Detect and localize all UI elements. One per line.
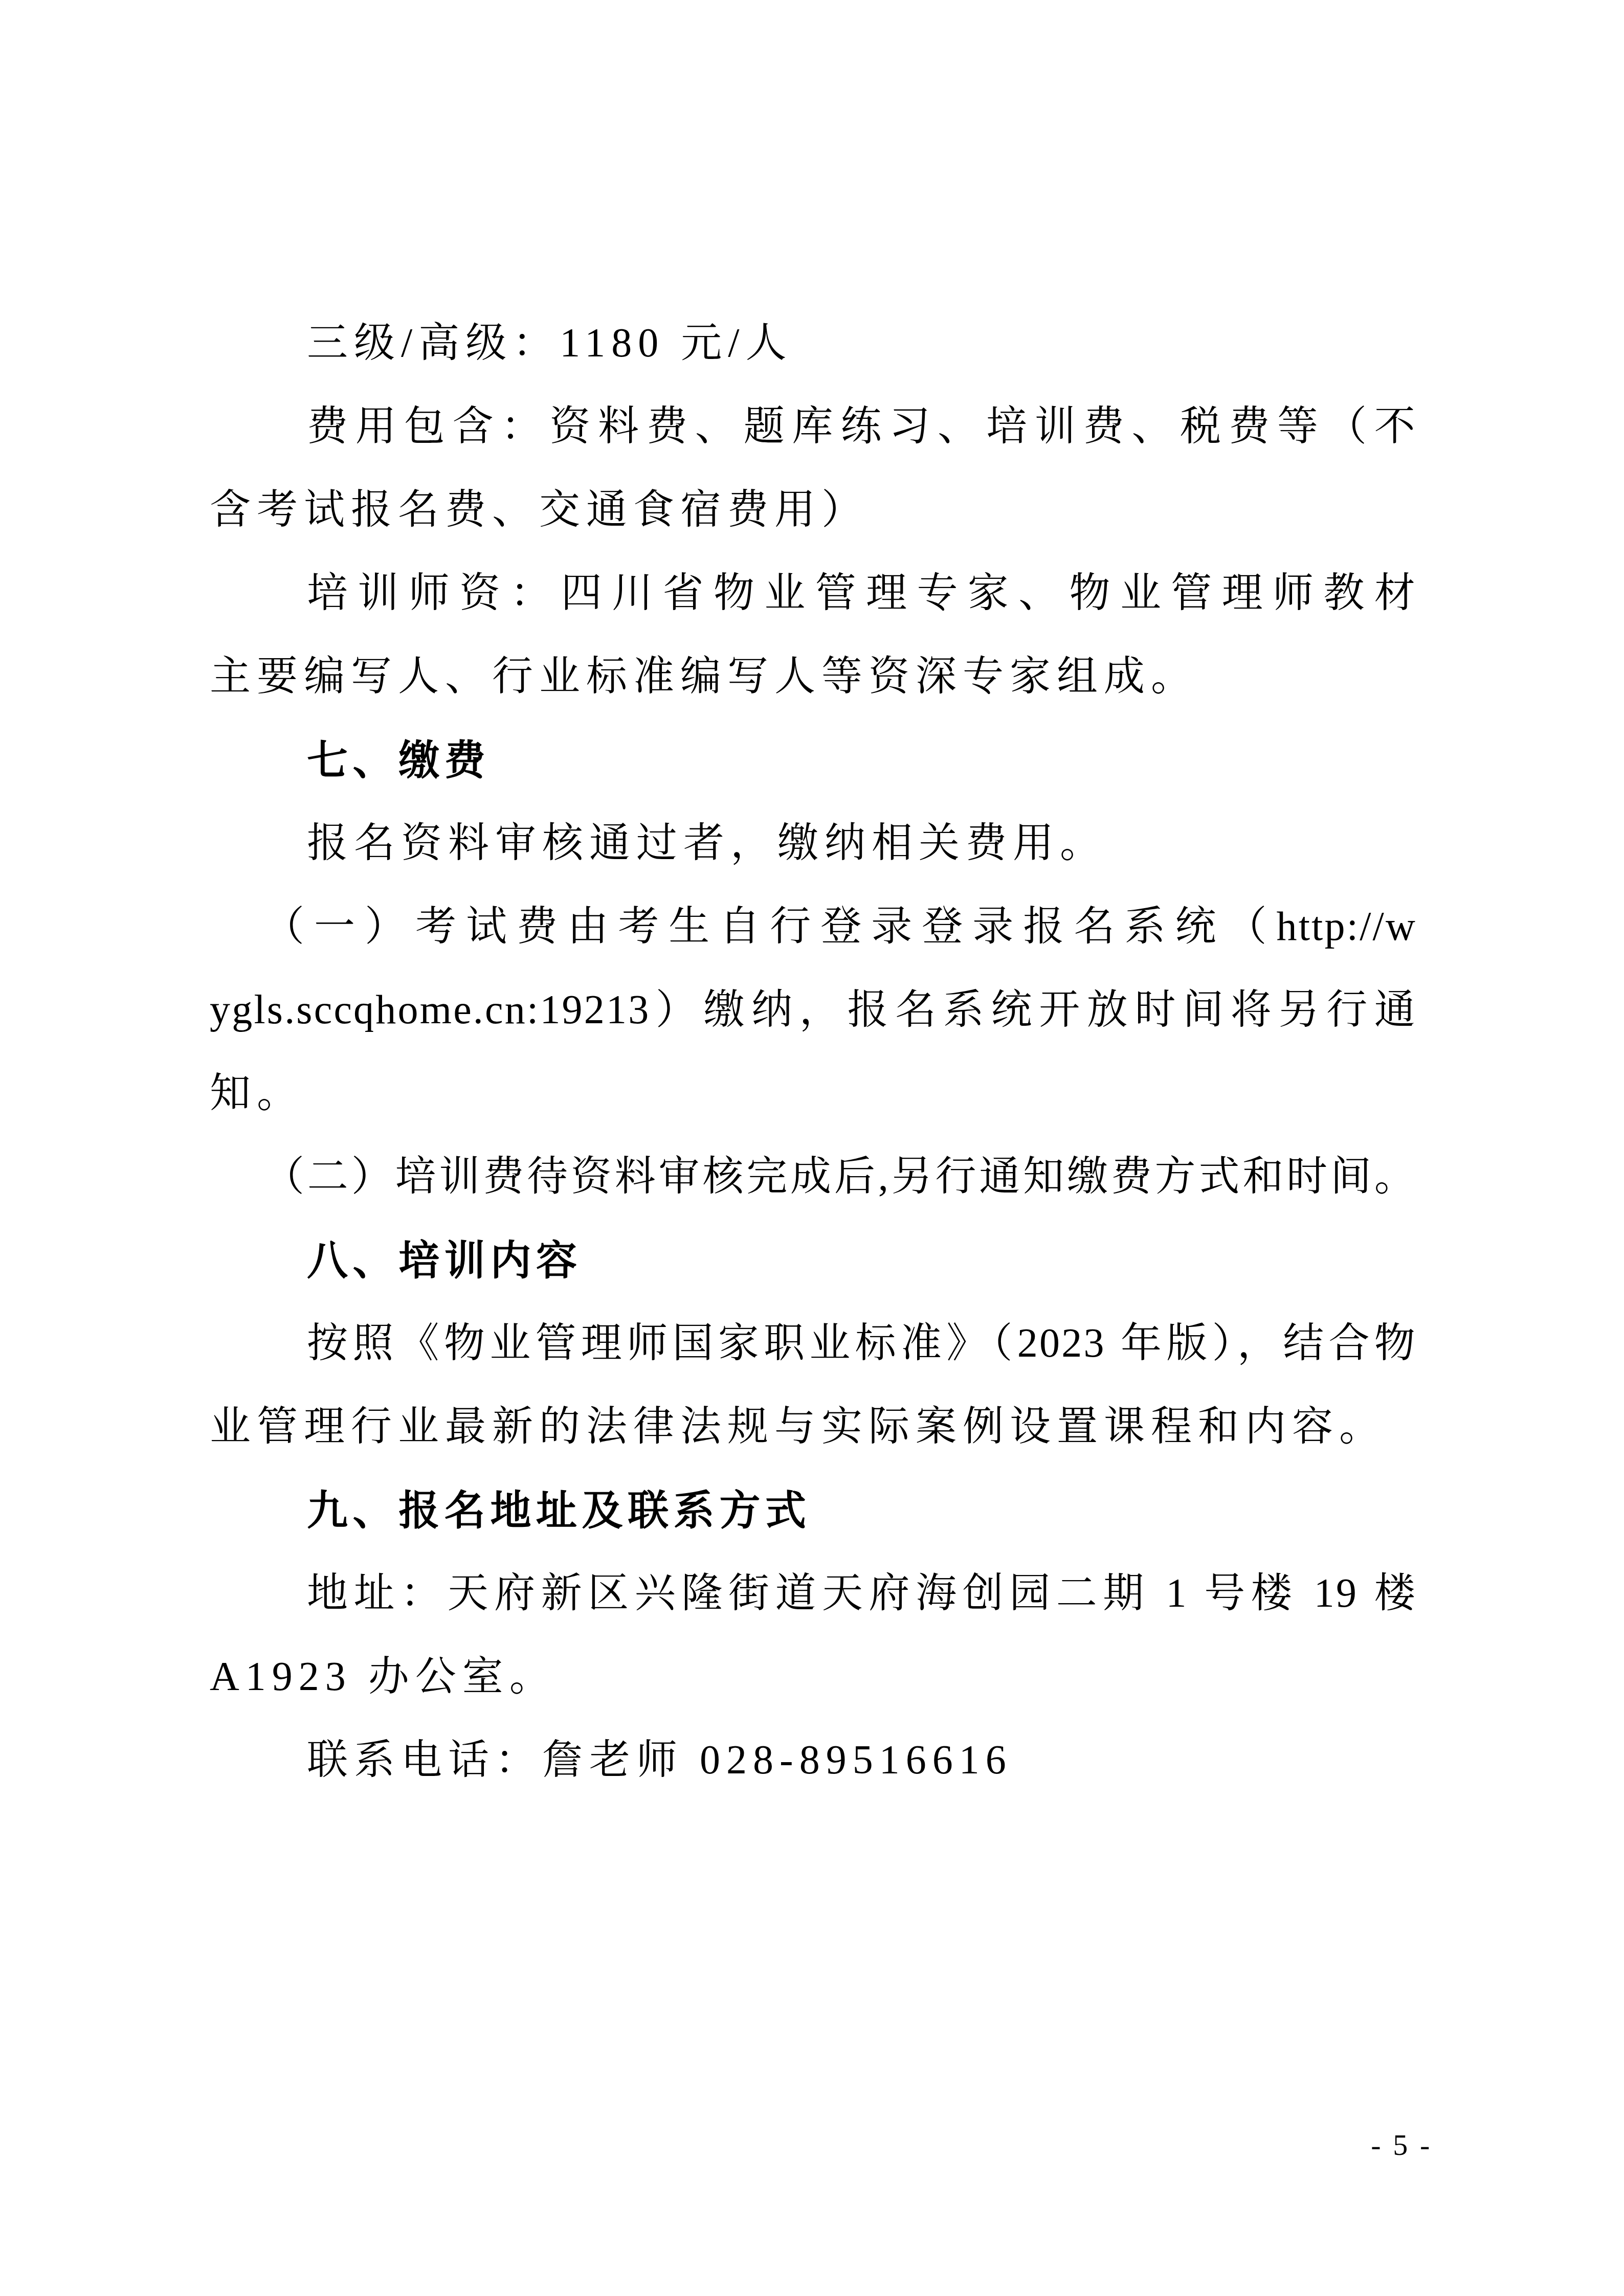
text-line: 三级/高级：1180 元/人 <box>210 302 1417 385</box>
text-line: 主要编写人、行业标准编写人等资深专家组成。 <box>210 635 1417 718</box>
text-line: 培训师资：四川省物业管理专家、物业管理师教材 <box>210 552 1417 635</box>
document-page: 三级/高级：1180 元/人费用包含：资料费、题库练习、培训费、税费等（不含考试… <box>0 0 1624 2296</box>
text-line: 报名资料审核通过者，缴纳相关费用。 <box>210 802 1417 885</box>
text-line: （一）考试费由考生自行登录登录报名系统（http://w <box>210 885 1417 969</box>
text-line: ygls.sccqhome.cn:19213）缴纳，报名系统开放时间将另行通 <box>210 969 1417 1052</box>
document-body: 三级/高级：1180 元/人费用包含：资料费、题库练习、培训费、税费等（不含考试… <box>210 302 1417 1802</box>
text-line: 按照《物业管理师国家职业标准》（2023 年版），结合物 <box>210 1302 1417 1385</box>
text-line: 联系电话：詹老师 028-89516616 <box>210 1719 1417 1802</box>
text-line: 含考试报名费、交通食宿费用） <box>210 468 1417 552</box>
page-number: - 5 - <box>210 2125 1432 2166</box>
text-line: 知。 <box>210 1052 1417 1135</box>
section-heading: 八、培训内容 <box>210 1219 1417 1302</box>
text-line: 地址：天府新区兴隆街道天府海创园二期 1 号楼 19 楼 <box>210 1552 1417 1635</box>
text-line: 费用包含：资料费、题库练习、培训费、税费等（不 <box>210 385 1417 468</box>
text-line: A1923 办公室。 <box>210 1635 1417 1719</box>
section-heading: 七、缴费 <box>210 718 1417 802</box>
section-heading: 九、报名地址及联系方式 <box>210 1469 1417 1552</box>
text-line: （二）培训费待资料审核完成后,另行通知缴费方式和时间。 <box>210 1135 1417 1219</box>
text-line: 业管理行业最新的法律法规与实际案例设置课程和内容。 <box>210 1385 1417 1469</box>
